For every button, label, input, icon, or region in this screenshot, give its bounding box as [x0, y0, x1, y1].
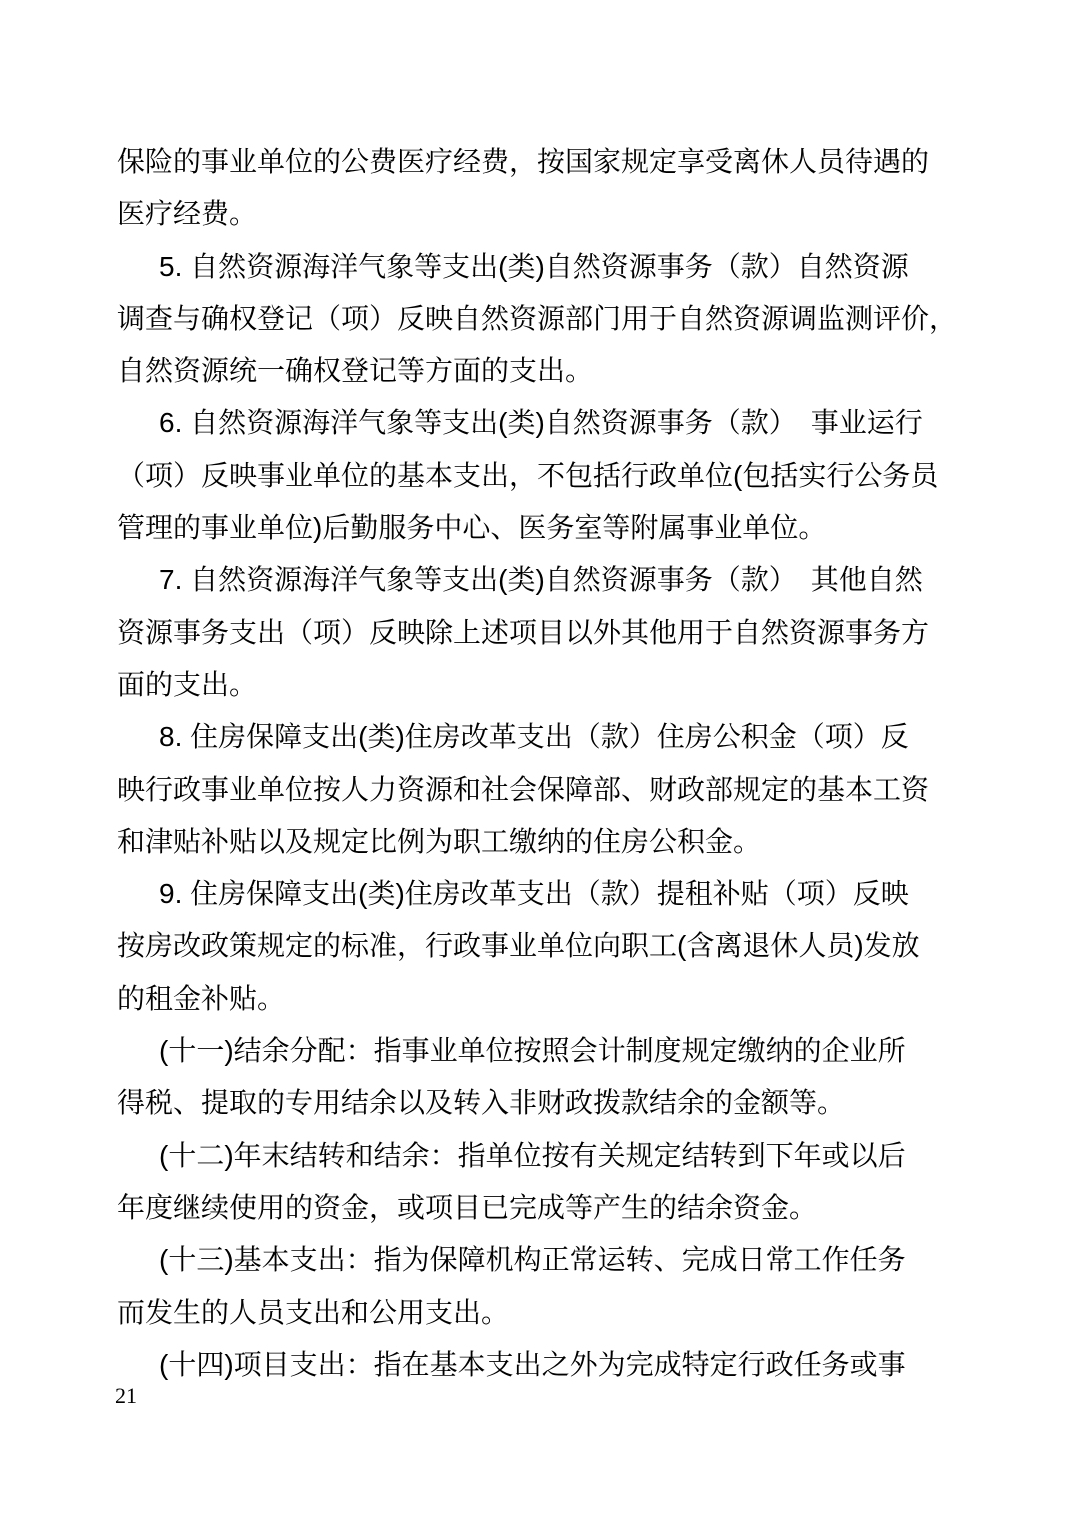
text-line: 保险的事业单位的公费医疗经费，按国家规定享受离休人员待遇的	[117, 136, 958, 188]
paragraph: (十二)年末结转和结余：指单位按有关规定结转到下年或以后年度继续使用的资金，或项…	[117, 1130, 958, 1235]
text-line: 面的支出。	[117, 659, 958, 711]
text-line: (十四)项目支出：指在基本支出之外为完成特定行政任务或事	[117, 1339, 958, 1391]
text-line: 的租金补贴。	[117, 973, 958, 1025]
paragraph: 保险的事业单位的公费医疗经费，按国家规定享受离休人员待遇的医疗经费。	[117, 136, 958, 241]
text-line: 调查与确权登记（项）反映自然资源部门用于自然资源调监测评价，	[117, 293, 958, 345]
text-line: 和津贴补贴以及规定比例为职工缴纳的住房公积金。	[117, 816, 958, 868]
paragraph: (十三)基本支出：指为保障机构正常运转、完成日常工作任务而发生的人员支出和公用支…	[117, 1234, 958, 1339]
text-line: 年度继续使用的资金，或项目已完成等产生的结余资金。	[117, 1182, 958, 1234]
text-line: (十一)结余分配：指事业单位按照会计制度规定缴纳的企业所	[117, 1025, 958, 1077]
text-line: 9. 住房保障支出(类)住房改革支出（款）提租补贴（项）反映	[117, 868, 958, 920]
text-line: (十三)基本支出：指为保障机构正常运转、完成日常工作任务	[117, 1234, 958, 1286]
text-line: 自然资源统一确权登记等方面的支出。	[117, 345, 958, 397]
text-line: 资源事务支出（项）反映除上述项目以外其他用于自然资源事务方	[117, 607, 958, 659]
text-line: 管理的事业单位)后勤服务中心、医务室等附属事业单位。	[117, 502, 958, 554]
text-line: 7. 自然资源海洋气象等支出(类)自然资源事务（款） 其他自然	[117, 554, 958, 606]
paragraph: (十四)项目支出：指在基本支出之外为完成特定行政任务或事	[117, 1339, 958, 1391]
paragraph: 8. 住房保障支出(类)住房改革支出（款）住房公积金（项）反映行政事业单位按人力…	[117, 711, 958, 868]
text-line: (十二)年末结转和结余：指单位按有关规定结转到下年或以后	[117, 1130, 958, 1182]
text-line: 6. 自然资源海洋气象等支出(类)自然资源事务（款） 事业运行	[117, 397, 958, 449]
text-line: 而发生的人员支出和公用支出。	[117, 1287, 958, 1339]
text-line: 医疗经费。	[117, 188, 958, 240]
paragraph: 5. 自然资源海洋气象等支出(类)自然资源事务（款）自然资源调查与确权登记（项）…	[117, 241, 958, 398]
paragraph: 9. 住房保障支出(类)住房改革支出（款）提租补贴（项）反映按房改政策规定的标准…	[117, 868, 958, 1025]
text-line: 得税、提取的专用结余以及转入非财政拨款结余的金额等。	[117, 1077, 958, 1129]
document-page: 保险的事业单位的公费医疗经费，按国家规定享受离休人员待遇的医疗经费。5. 自然资…	[0, 0, 1074, 1520]
text-block: 保险的事业单位的公费医疗经费，按国家规定享受离休人员待遇的医疗经费。5. 自然资…	[117, 136, 958, 1391]
text-line: 映行政事业单位按人力资源和社会保障部、财政部规定的基本工资	[117, 764, 958, 816]
text-line: 8. 住房保障支出(类)住房改革支出（款）住房公积金（项）反	[117, 711, 958, 763]
text-line: 5. 自然资源海洋气象等支出(类)自然资源事务（款）自然资源	[117, 241, 958, 293]
paragraph: 6. 自然资源海洋气象等支出(类)自然资源事务（款） 事业运行（项）反映事业单位…	[117, 397, 958, 554]
text-line: 按房改政策规定的标准，行政事业单位向职工(含离退休人员)发放	[117, 920, 958, 972]
page-number: 21	[115, 1384, 137, 1408]
paragraph: (十一)结余分配：指事业单位按照会计制度规定缴纳的企业所得税、提取的专用结余以及…	[117, 1025, 958, 1130]
paragraph: 7. 自然资源海洋气象等支出(类)自然资源事务（款） 其他自然资源事务支出（项）…	[117, 554, 958, 711]
text-line: （项）反映事业单位的基本支出，不包括行政单位(包括实行公务员	[117, 450, 958, 502]
